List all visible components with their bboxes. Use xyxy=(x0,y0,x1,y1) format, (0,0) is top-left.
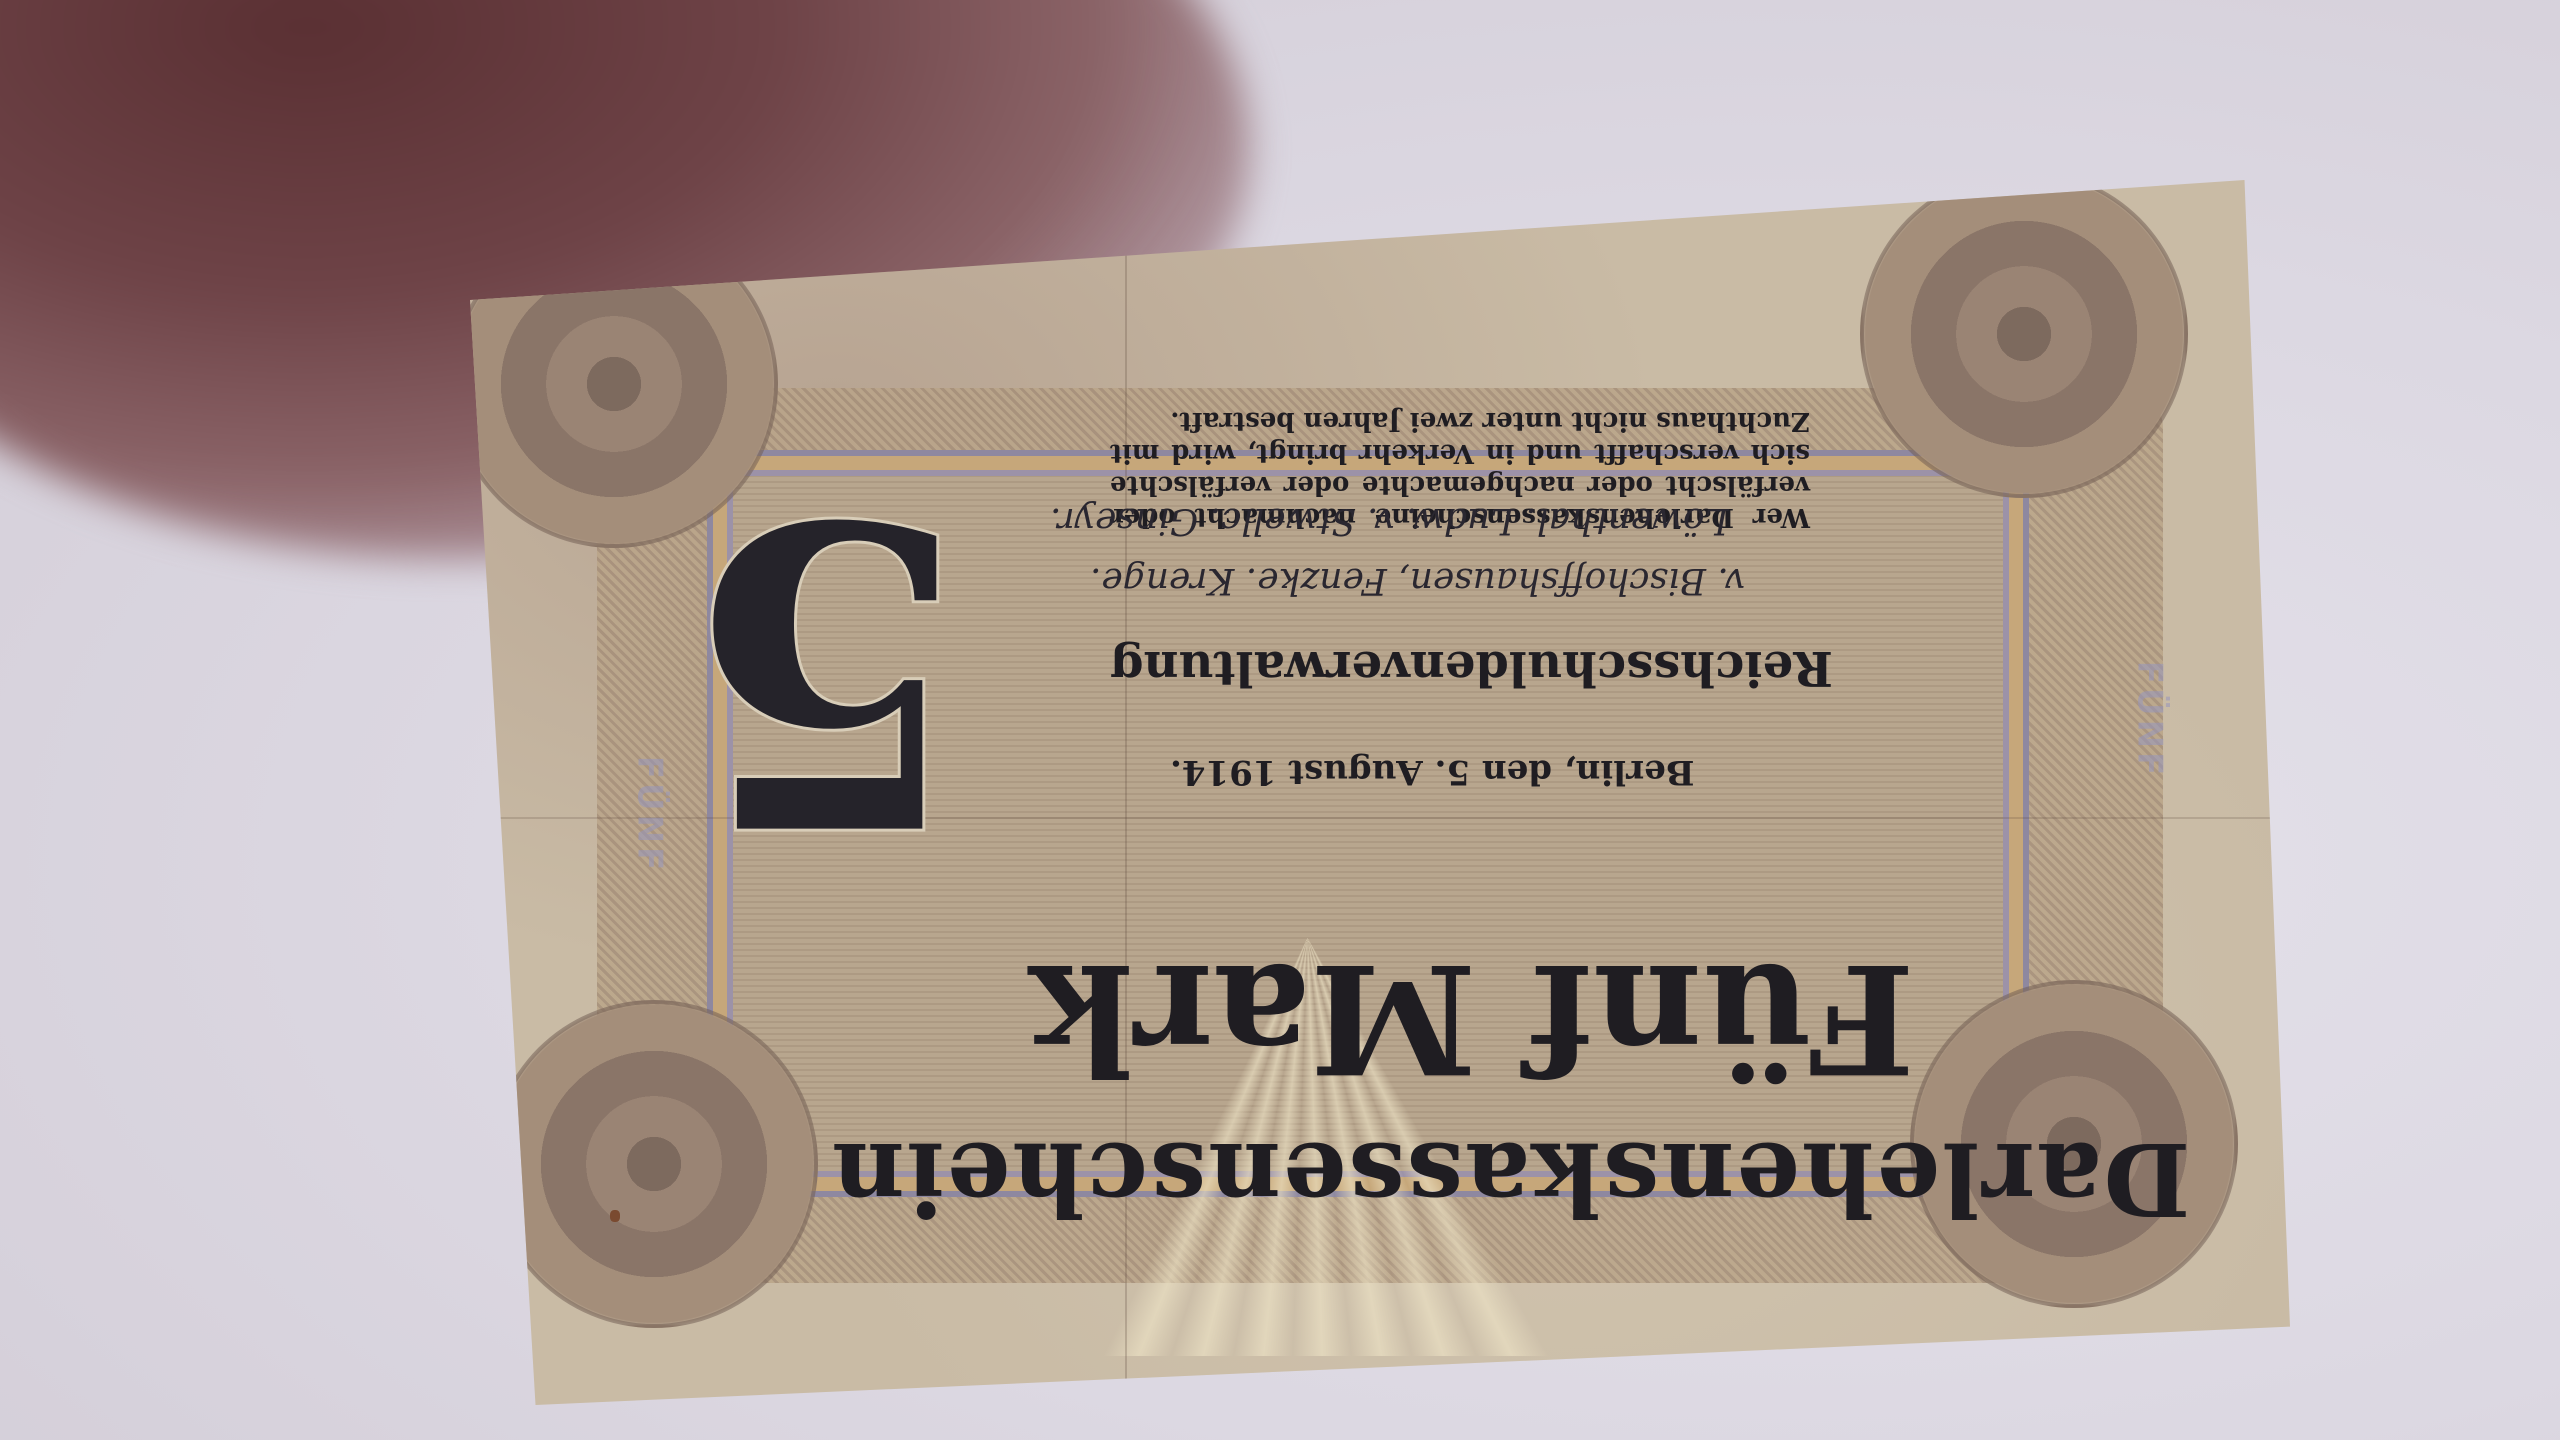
rosette-top-right xyxy=(1860,170,2188,498)
stain-mark xyxy=(610,1210,620,1222)
issuer-text: Reichsschuldenverwaltung xyxy=(1110,640,1833,696)
signatures-row-2: Löwenthal. Ludw. v. Stwellc. Ginseyr. xyxy=(1050,500,1729,541)
denomination-numeral: 5 xyxy=(680,460,972,880)
banknote-title: Darlehenskassenschein xyxy=(830,1120,2190,1238)
side-label-left: FÜNF xyxy=(629,756,669,875)
banknote: 5 Wer Darlehenskassenscheine nachmacht o… xyxy=(470,180,2290,1405)
denomination-text: Fünf Mark xyxy=(1030,930,1915,1106)
signatures-row-1: v. Bischoffshausen, Fenzke. Krenge. xyxy=(1090,560,1745,601)
rosette-bottom-left xyxy=(490,1000,818,1328)
side-label-right: FÜNF xyxy=(2129,661,2169,780)
date-line: Berlin, den 5. August 1914. xyxy=(1170,752,1695,792)
banknote-face: 5 Wer Darlehenskassenscheine nachmacht o… xyxy=(470,180,2290,1405)
